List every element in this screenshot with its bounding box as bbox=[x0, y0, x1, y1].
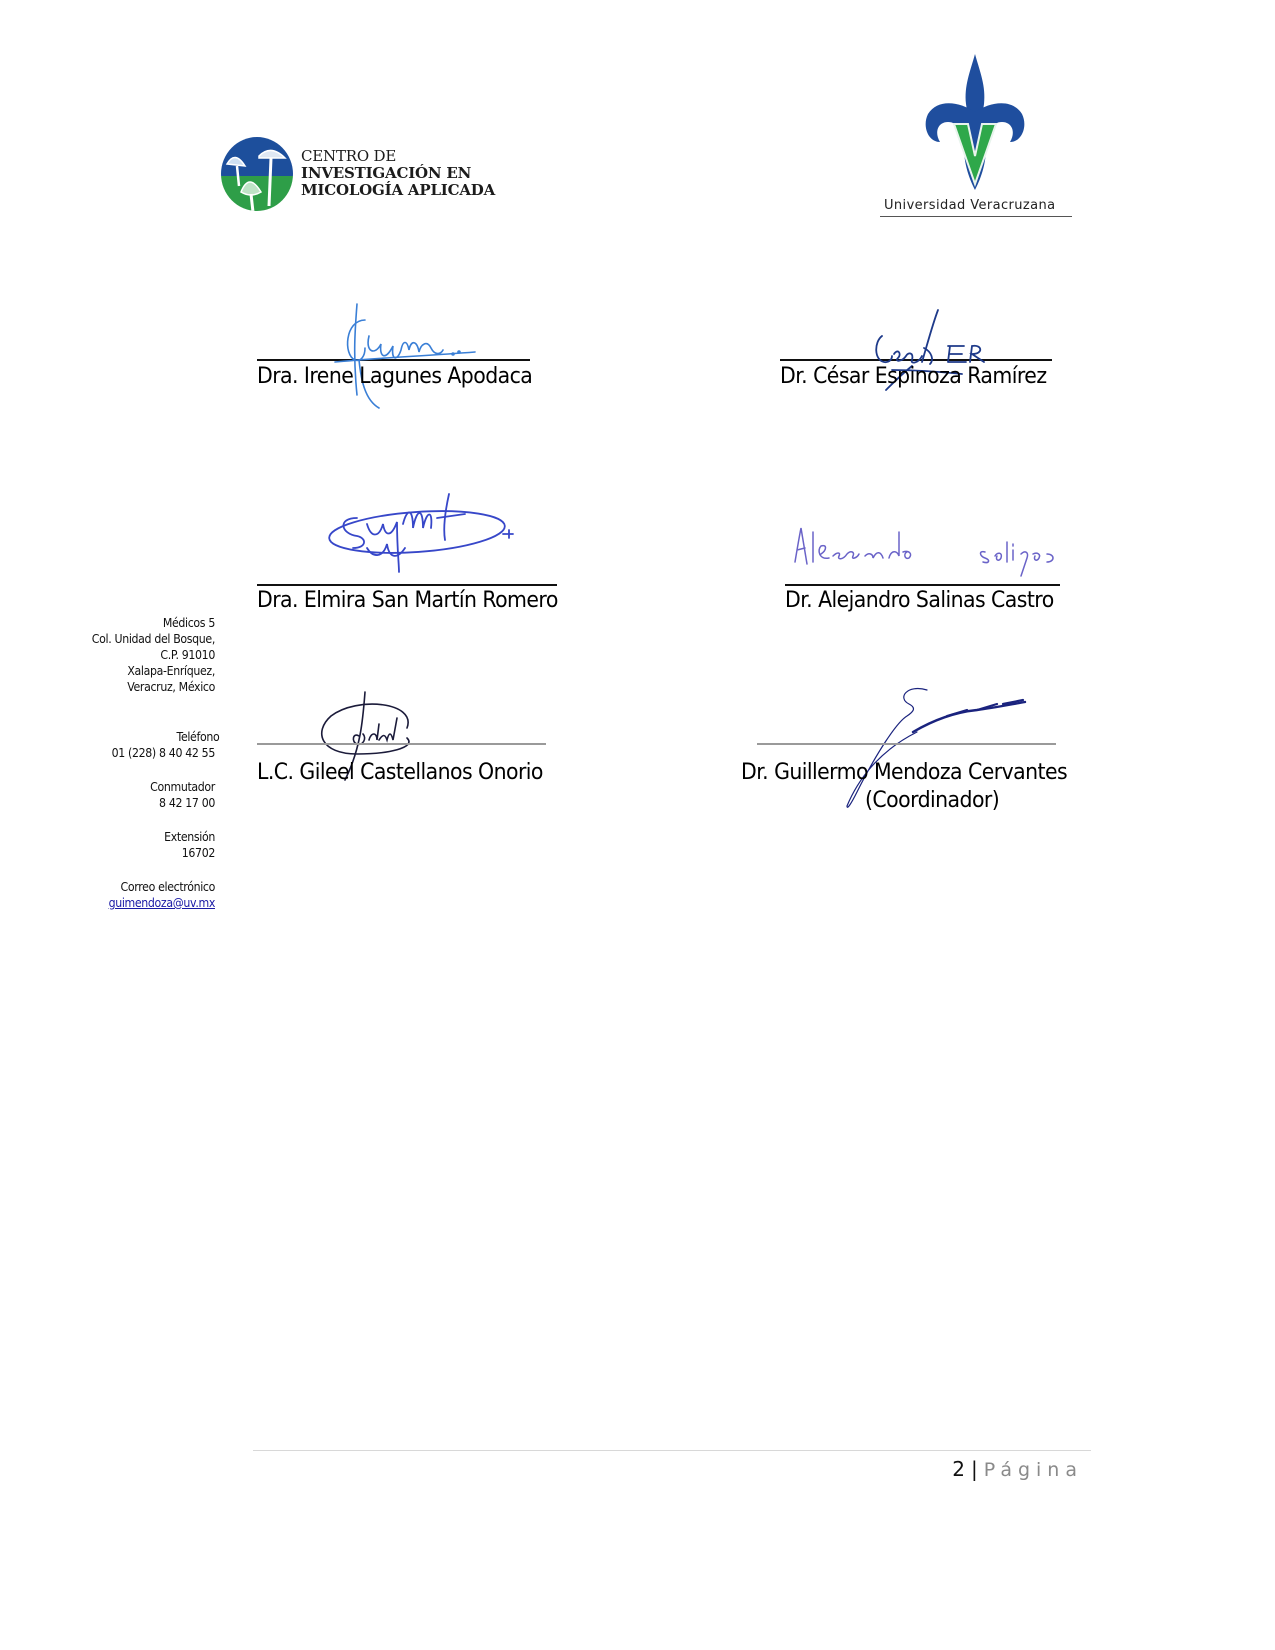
address-line: Médicos 5 bbox=[92, 615, 215, 631]
address-line: C.P. 91010 bbox=[92, 647, 215, 663]
cima-line-3: MICOLOGÍA APLICADA bbox=[301, 182, 495, 199]
signatory-name: Dr. Guillermo Mendoza Cervantes bbox=[741, 760, 1067, 785]
mushroom-logo-icon bbox=[219, 136, 295, 212]
page-separator: | bbox=[971, 1457, 978, 1481]
phone-number: 01 (228) 8 40 42 55 bbox=[92, 745, 215, 761]
signatory-name: Dr. Alejandro Salinas Castro bbox=[785, 588, 1054, 613]
signature-ink-icon bbox=[335, 300, 495, 410]
page-number: 2 bbox=[952, 1457, 965, 1481]
cima-line-1: CENTRO DE bbox=[301, 148, 495, 165]
address-line: Xalapa-Enríquez, bbox=[92, 663, 215, 679]
cima-logo: CENTRO DE INVESTIGACIÓN EN MICOLOGÍA APL… bbox=[219, 136, 519, 212]
signature-line bbox=[257, 584, 557, 586]
email-label: Correo electrónico bbox=[92, 879, 215, 895]
contact-sidebar: Médicos 5 Col. Unidad del Bosque, C.P. 9… bbox=[92, 615, 215, 911]
signatory-name: Dra. Elmira San Martín Romero bbox=[257, 588, 558, 613]
switchboard-number: 8 42 17 00 bbox=[92, 795, 215, 811]
uv-underline bbox=[880, 216, 1072, 217]
page-number-footer: 2|Página bbox=[952, 1457, 1083, 1481]
uv-logo: Universidad Veracruzana bbox=[880, 52, 1075, 222]
signature-line bbox=[757, 743, 1056, 745]
switchboard-label: Conmutador bbox=[92, 779, 215, 795]
signature-line bbox=[785, 584, 1060, 586]
email-link[interactable]: guimendoza@uv.mx bbox=[109, 895, 215, 910]
uv-name: Universidad Veracruzana bbox=[884, 198, 1056, 213]
signature-ink-icon bbox=[327, 488, 517, 578]
footer-divider bbox=[253, 1450, 1091, 1451]
signature-line bbox=[257, 743, 546, 745]
signature-ink-icon bbox=[872, 308, 1012, 418]
phone-label: Teléfono bbox=[96, 729, 219, 745]
signatory-name: L.C. Gileel Castellanos Onorio bbox=[257, 760, 543, 785]
extension-label: Extensión bbox=[92, 829, 215, 845]
signatory-role: (Coordinador) bbox=[865, 788, 999, 813]
fleur-de-lis-v-logo-icon bbox=[920, 52, 1030, 192]
address-line: Col. Unidad del Bosque, bbox=[92, 631, 215, 647]
signatory-name: Dr. César Espinoza Ramírez bbox=[780, 364, 1047, 389]
extension-number: 16702 bbox=[92, 845, 215, 861]
cima-line-2: INVESTIGACIÓN EN bbox=[301, 165, 495, 182]
signatory-name: Dra. Irene Lagunes Apodaca bbox=[257, 364, 532, 389]
address-line: Veracruz, México bbox=[92, 679, 215, 695]
page-word: Página bbox=[984, 1459, 1083, 1481]
